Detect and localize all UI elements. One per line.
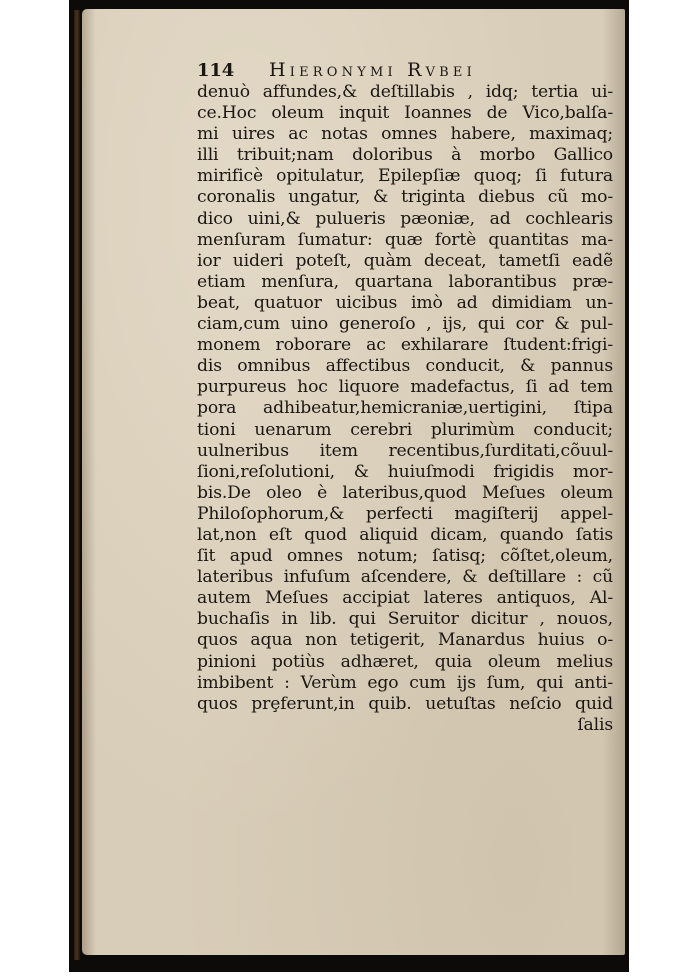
text-line: ſioni,reſolutioni, & huiuſmodi frigidis …: [197, 462, 613, 483]
text-line: etiam menſura, quartana laborantibus præ…: [197, 272, 613, 293]
text-line: pora adhibeatur,hemicraniæ,uertigini, ſt…: [197, 398, 613, 419]
text-line: lat,non eſt quod aliquid dicam, quando ſ…: [197, 525, 613, 546]
text-line: tioni uenarum cerebri plurimùm conducit;: [197, 420, 613, 441]
running-head-title: Hieronymi Rvbei: [269, 60, 476, 81]
text-line: denuò affundes,& deſtillabis , idq; tert…: [197, 82, 613, 103]
body-text: denuò affundes,& deſtillabis , idq; tert…: [197, 82, 613, 736]
text-line: quos aqua non tetigerit, Manardus huius …: [197, 630, 613, 651]
catchword: ſalis: [197, 715, 613, 736]
text-line: quos prȩferunt,in quib. uetuſtas neſcio …: [197, 694, 613, 715]
text-line: pinioni potiùs adhæret, quia oleum meliu…: [197, 652, 613, 673]
text-line: menſuram ſumatur: quæ fortè quantitas ma…: [197, 230, 613, 251]
text-line: coronalis ungatur, & triginta diebus cũ …: [197, 187, 613, 208]
page-number: 114: [197, 60, 269, 81]
text-line: ior uideri poteſt, quàm deceat, tametſi …: [197, 251, 613, 272]
text-line: beat, quatuor uicibus imò ad dimidiam un…: [197, 293, 613, 314]
text-line: mi uires ac notas omnes habere, maximaq;: [197, 124, 613, 145]
text-line: mirificè opitulatur, Epilepſiæ quoq; ſi …: [197, 166, 613, 187]
book-spine-edge: [74, 10, 80, 960]
text-line: ciam,cum uino generoſo , ijs, qui cor & …: [197, 314, 613, 335]
text-line: dis omnibus affectibus conducit, & pannu…: [197, 356, 613, 377]
text-line: bis.De oleo è lateribus,quod Meſues oleu…: [197, 483, 613, 504]
text-line: purpureus hoc liquore madefactus, ſi ad …: [197, 377, 613, 398]
text-line: ce.Hoc oleum inquit Ioannes de Vico,balſ…: [197, 103, 613, 124]
text-line: buchaſis in lib. qui Seruitor dicitur , …: [197, 609, 613, 630]
text-line: uulneribus item recentibus,ſurditati,cõu…: [197, 441, 613, 462]
text-line: Philoſophorum,& perfecti magiſterij appe…: [197, 504, 613, 525]
text-line: autem Meſues accipiat lateres antiquos, …: [197, 588, 613, 609]
text-line: lateribus infuſum aſcendere, & deſtillar…: [197, 567, 613, 588]
text-line: ſit apud omnes notum; ſatisq; cõſtet,ole…: [197, 546, 613, 567]
text-line: illi tribuit;nam doloribus à morbo Galli…: [197, 145, 613, 166]
page-text-block: 114 Hieronymi Rvbei denuò affundes,& deſ…: [197, 60, 613, 736]
text-line: monem roborare ac exhilarare ſtudent:fri…: [197, 335, 613, 356]
running-head: 114 Hieronymi Rvbei: [197, 60, 613, 82]
text-line: imbibent : Verùm ego cum ijs ſum, qui an…: [197, 673, 613, 694]
text-line: dico uini,& pulueris pæoniæ, ad cochlear…: [197, 209, 613, 230]
